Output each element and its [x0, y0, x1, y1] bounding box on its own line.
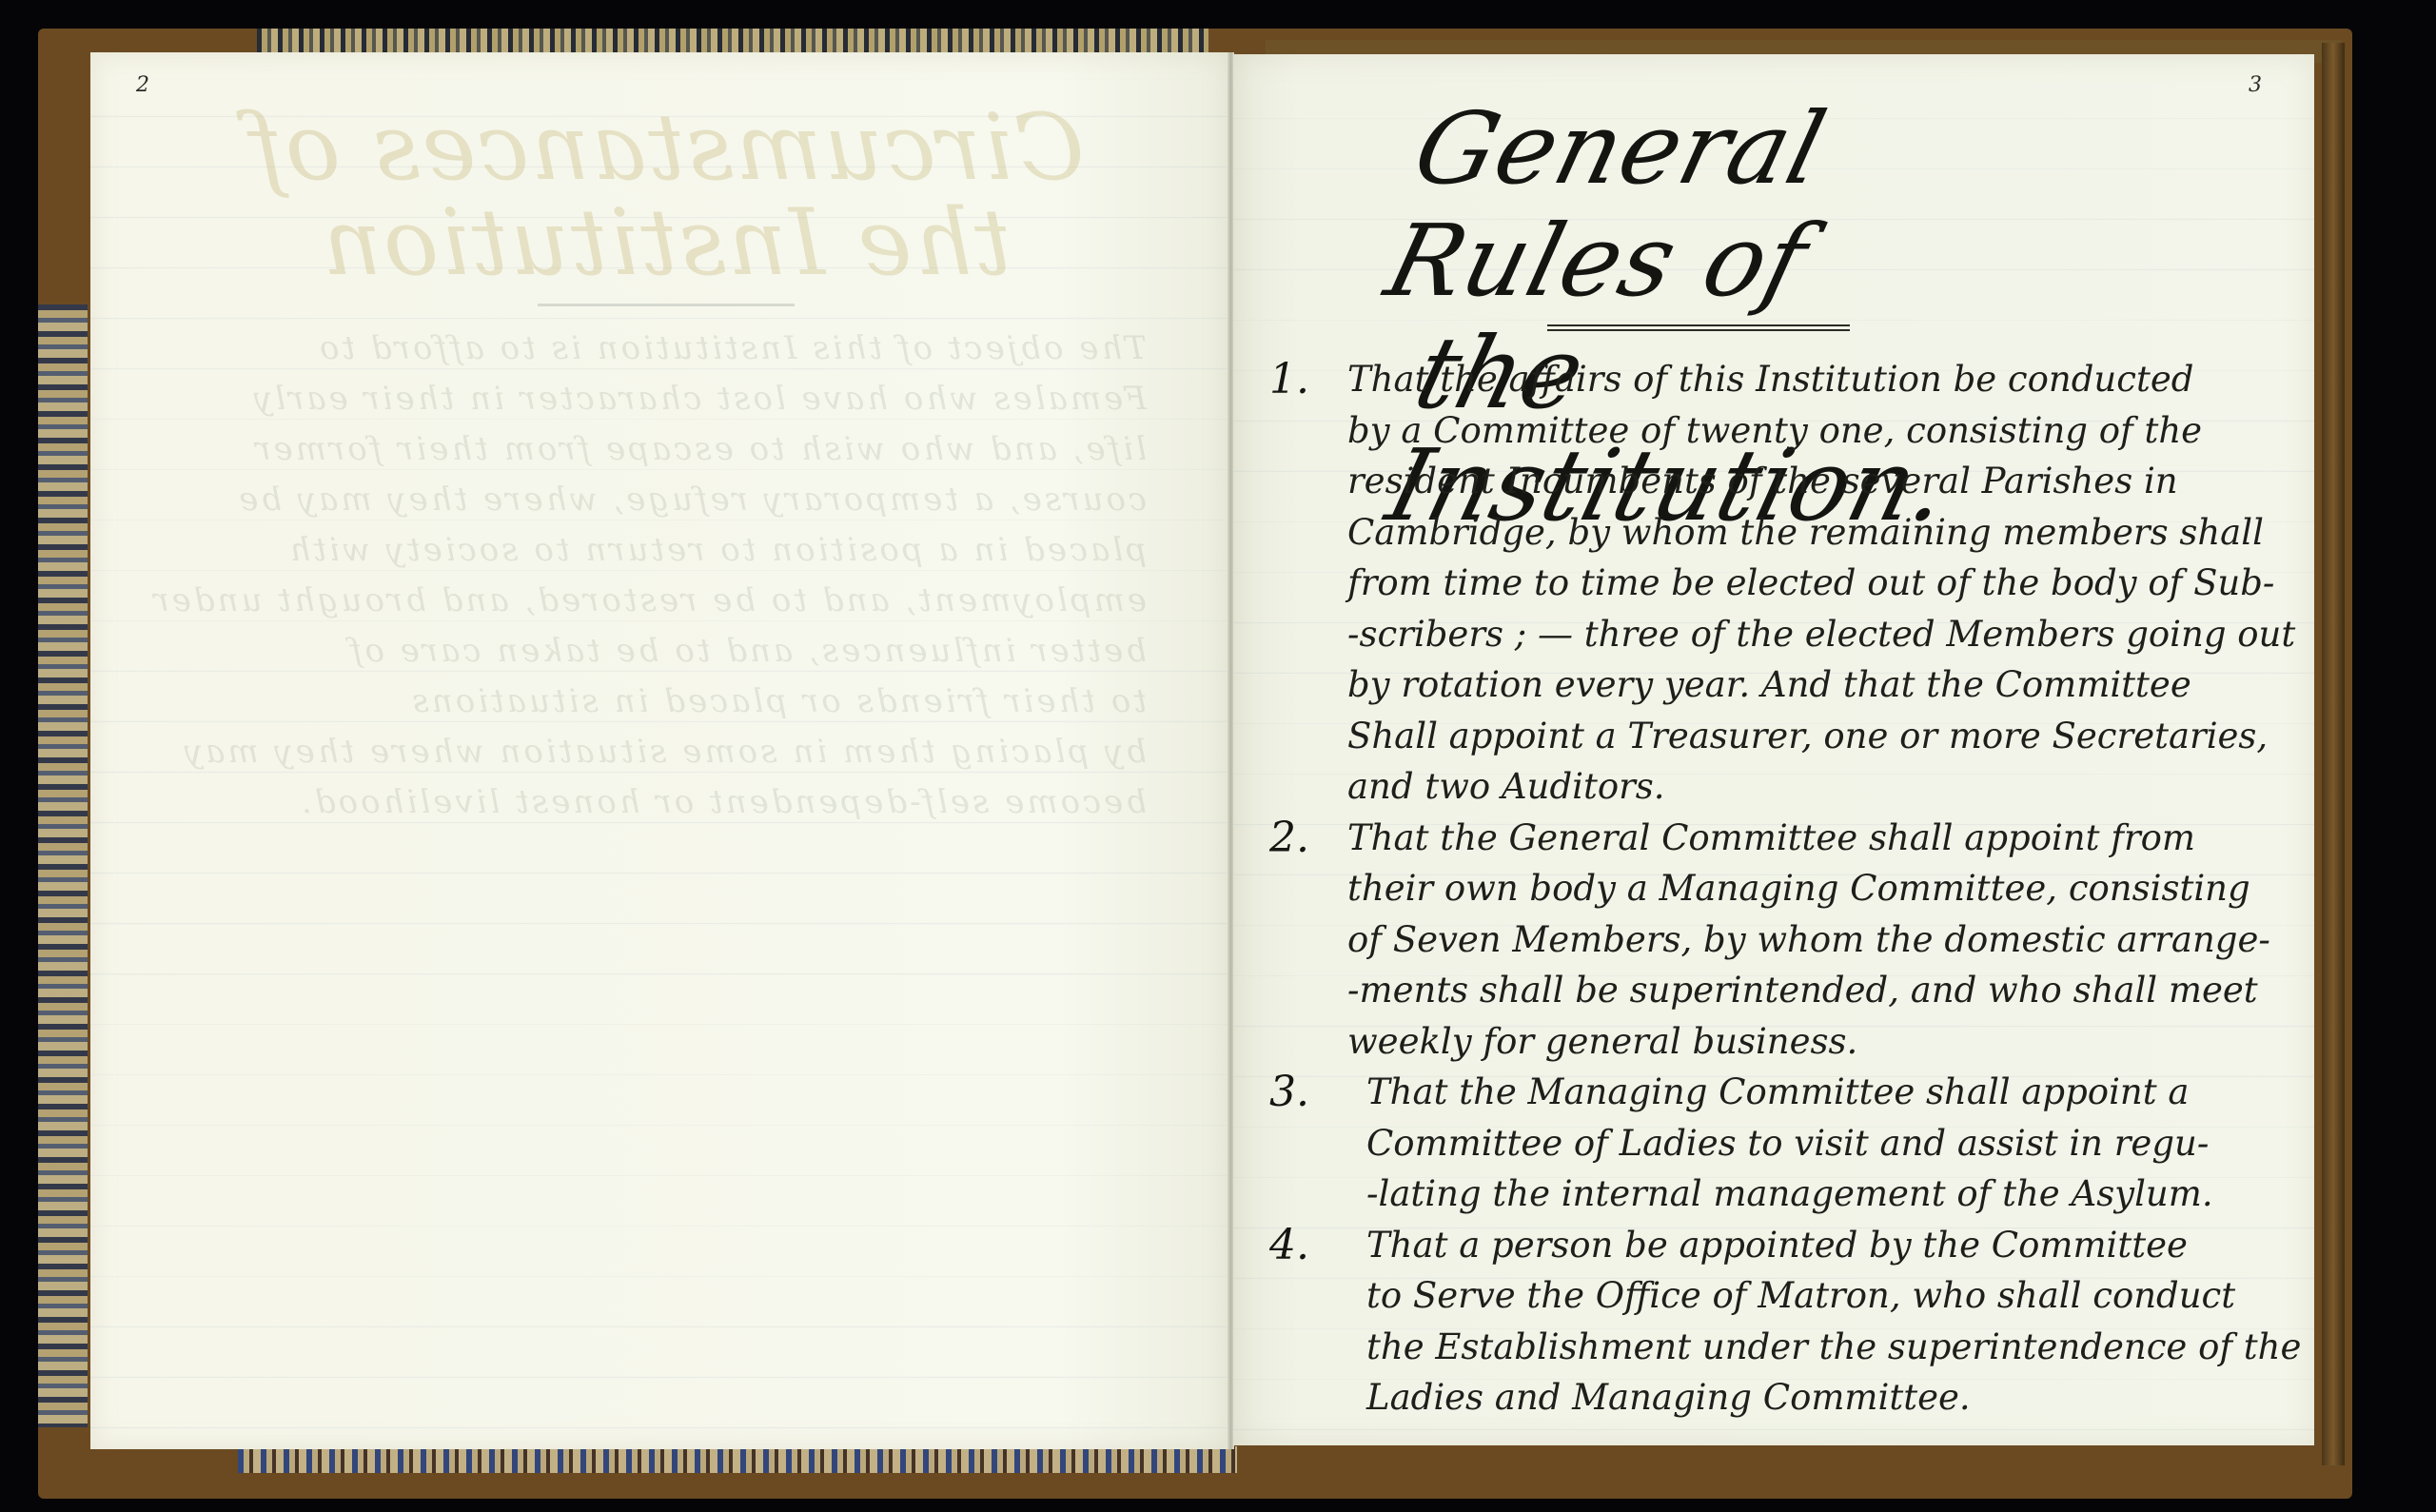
bleed-line: course, a temporary refuge, where they m…	[167, 475, 1166, 525]
rule-number: 3.	[1262, 1067, 1347, 1220]
marbled-endpaper-left	[38, 304, 88, 1427]
bleed-line: placed in a position to return to societ…	[167, 525, 1166, 576]
leather-edge-right	[2322, 43, 2345, 1465]
document-scan: 2 Circumstances of the Institution The o…	[0, 0, 2436, 1512]
bleed-line: better influences, and to be taken care …	[167, 626, 1166, 677]
rule-item-4: 4. That a person be appointed by the Com…	[1262, 1220, 2289, 1424]
bleed-through-rule	[538, 304, 795, 306]
rule-item-3: 3. That the Managing Committee shall app…	[1262, 1067, 2289, 1220]
ruled-lines	[90, 52, 1229, 1449]
marbled-endpaper-top	[257, 29, 1208, 55]
rules-list: 1. That the affairs of this Institution …	[1262, 354, 2289, 1424]
rule-item-2: 2. That the General Committee shall appo…	[1262, 813, 2289, 1068]
title-line-1: General Rules of	[1376, 92, 2117, 317]
title-double-rule	[1547, 324, 1850, 331]
rule-text: That the affairs of this Institution be …	[1347, 354, 2295, 813]
page-number-right: 3	[2249, 73, 2262, 97]
bleed-line: employment, and to be restored, and brou…	[167, 576, 1166, 626]
bleed-line: to their friends or placed in situations	[167, 677, 1166, 727]
left-page: 2 Circumstances of the Institution The o…	[90, 52, 1229, 1449]
marbled-endpaper-bottom	[238, 1446, 1237, 1473]
bleed-line: by placing them in some situation where …	[167, 727, 1166, 777]
right-page: 3 General Rules of the Institution. 1. T…	[1233, 54, 2314, 1445]
bleed-line: life, and who wish to escape from their …	[167, 424, 1166, 475]
rule-number: 4.	[1262, 1220, 1347, 1424]
bleed-through-title: Circumstances of the Institution	[167, 100, 1166, 290]
rule-number: 2.	[1262, 813, 1347, 1068]
rule-text: That the General Committee shall appoint…	[1347, 813, 2289, 1068]
bleed-line: The object of this Institution is to aff…	[167, 324, 1166, 374]
bleed-line: become self-dependent or honest liveliho…	[167, 777, 1166, 828]
rule-item-1: 1. That the affairs of this Institution …	[1262, 354, 2289, 813]
rule-text: That a person be appointed by the Commit…	[1347, 1220, 2301, 1424]
bleed-through-text: Circumstances of the Institution The obj…	[167, 100, 1166, 828]
rule-number: 1.	[1262, 354, 1347, 813]
bleed-line: Females who have lost character in their…	[167, 374, 1166, 424]
rule-text: That the Managing Committee shall appoin…	[1347, 1067, 2289, 1220]
page-number-left: 2	[136, 73, 149, 97]
